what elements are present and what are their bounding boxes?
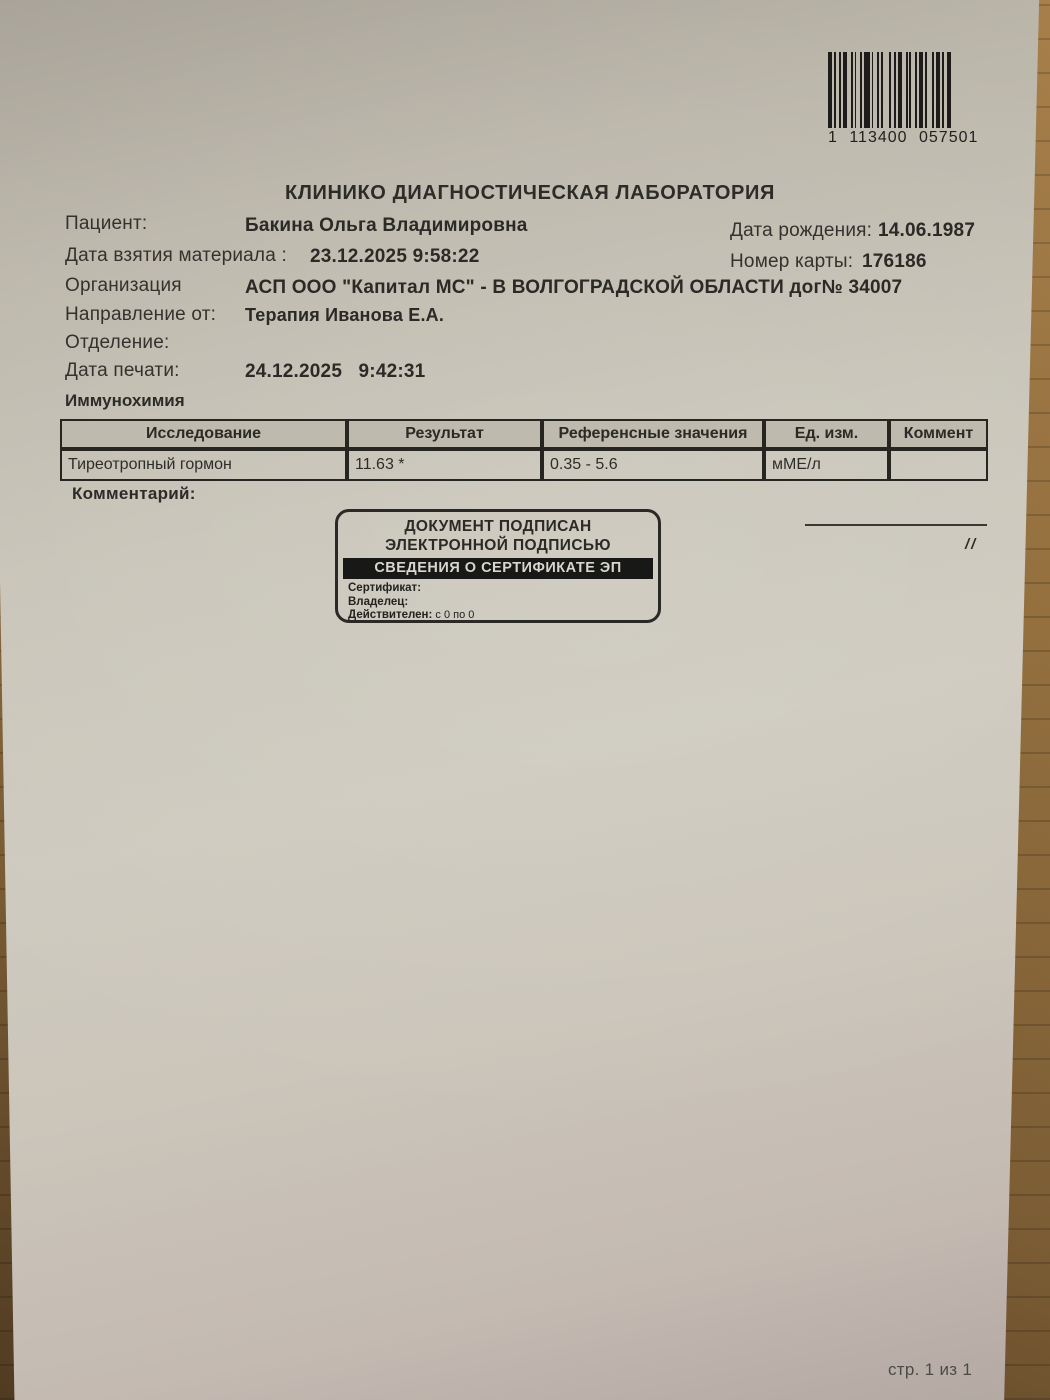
col-header-comment: Коммент xyxy=(889,419,988,449)
print-date-value: 24.12.2025 9:42:31 xyxy=(245,361,425,383)
comment-label: Комментарий: xyxy=(72,484,196,504)
signature-line xyxy=(805,524,987,526)
birth-date-label: Дата рождения: xyxy=(730,220,872,242)
col-header-result: Результат xyxy=(347,419,542,449)
table-row: Тиреотропный гормон 11.63 * 0.35 - 5.6 м… xyxy=(60,449,988,481)
stamp-valid-label: Действителен: xyxy=(348,609,432,621)
cell-reference-range: 0.35 - 5.6 xyxy=(542,449,764,481)
photo-of-lab-report: { "header": { "title": "КЛИНИКО ДИАГНОСТ… xyxy=(0,0,1050,1400)
birth-date-value: 14.06.1987 xyxy=(878,220,975,242)
stamp-certificate-banner: СВЕДЕНИЯ О СЕРТИФИКАТЕ ЭП xyxy=(343,558,653,579)
col-header-test: Исследование xyxy=(60,419,347,449)
referral-label: Направление от: xyxy=(65,304,216,326)
barcode-number: 1 113400 057501 xyxy=(828,129,968,147)
organization-label: Организация xyxy=(65,275,182,297)
paper-sheet: 1 113400 057501 КЛИНИКО ДИАГНОСТИЧЕСКАЯ … xyxy=(0,0,1050,1400)
card-number-value: 176186 xyxy=(862,251,927,273)
sample-date-label: Дата взятия материала : xyxy=(65,245,287,267)
patient-label: Пациент: xyxy=(65,213,147,235)
page-number: стр. 1 из 1 xyxy=(888,1360,972,1380)
cell-comment xyxy=(889,449,988,481)
section-title-immunochemistry: Иммунохимия xyxy=(65,391,185,411)
department-label: Отделение: xyxy=(65,332,169,354)
barcode: 1 113400 057501 xyxy=(828,52,968,148)
cell-units: мМЕ/л xyxy=(764,449,889,481)
cell-result-value: 11.63 * xyxy=(347,449,542,481)
patient-value: Бакина Ольга Владимировна xyxy=(245,215,528,237)
e-signature-stamp: ДОКУМЕНТ ПОДПИСАН ЭЛЕКТРОННОЙ ПОДПИСЬЮ С… xyxy=(335,509,661,623)
stamp-valid-line: Действителен: с 0 по 0 xyxy=(348,609,658,623)
results-table-header-row: Исследование Результат Референсные значе… xyxy=(60,419,988,449)
stamp-owner-label: Владелец: xyxy=(348,596,658,610)
signature-mark: // xyxy=(965,536,977,553)
barcode-bars-icon xyxy=(828,52,962,128)
stamp-line-2: ЭЛЕКТРОННОЙ ПОДПИСЬЮ xyxy=(338,536,658,555)
cell-test-name: Тиреотропный гормон xyxy=(60,449,347,481)
col-header-reference: Референсные значения xyxy=(542,419,764,449)
stamp-line-1: ДОКУМЕНТ ПОДПИСАН xyxy=(338,517,658,536)
sample-date-value: 23.12.2025 9:58:22 xyxy=(310,246,479,268)
page-title: КЛИНИКО ДИАГНОСТИЧЕСКАЯ ЛАБОРАТОРИЯ xyxy=(80,182,980,205)
print-date-label: Дата печати: xyxy=(65,360,180,382)
card-number-label: Номер карты: xyxy=(730,251,853,273)
stamp-valid-value: с 0 по 0 xyxy=(432,609,474,621)
organization-value: АСП ООО "Капитал МС" - В ВОЛГОГРАДСКОЙ О… xyxy=(245,277,902,299)
stamp-certificate-label: Сертификат: xyxy=(348,582,658,596)
col-header-units: Ед. изм. xyxy=(764,419,889,449)
referral-value: Терапия Иванова Е.А. xyxy=(245,305,444,326)
results-table: Исследование Результат Референсные значе… xyxy=(60,419,988,481)
